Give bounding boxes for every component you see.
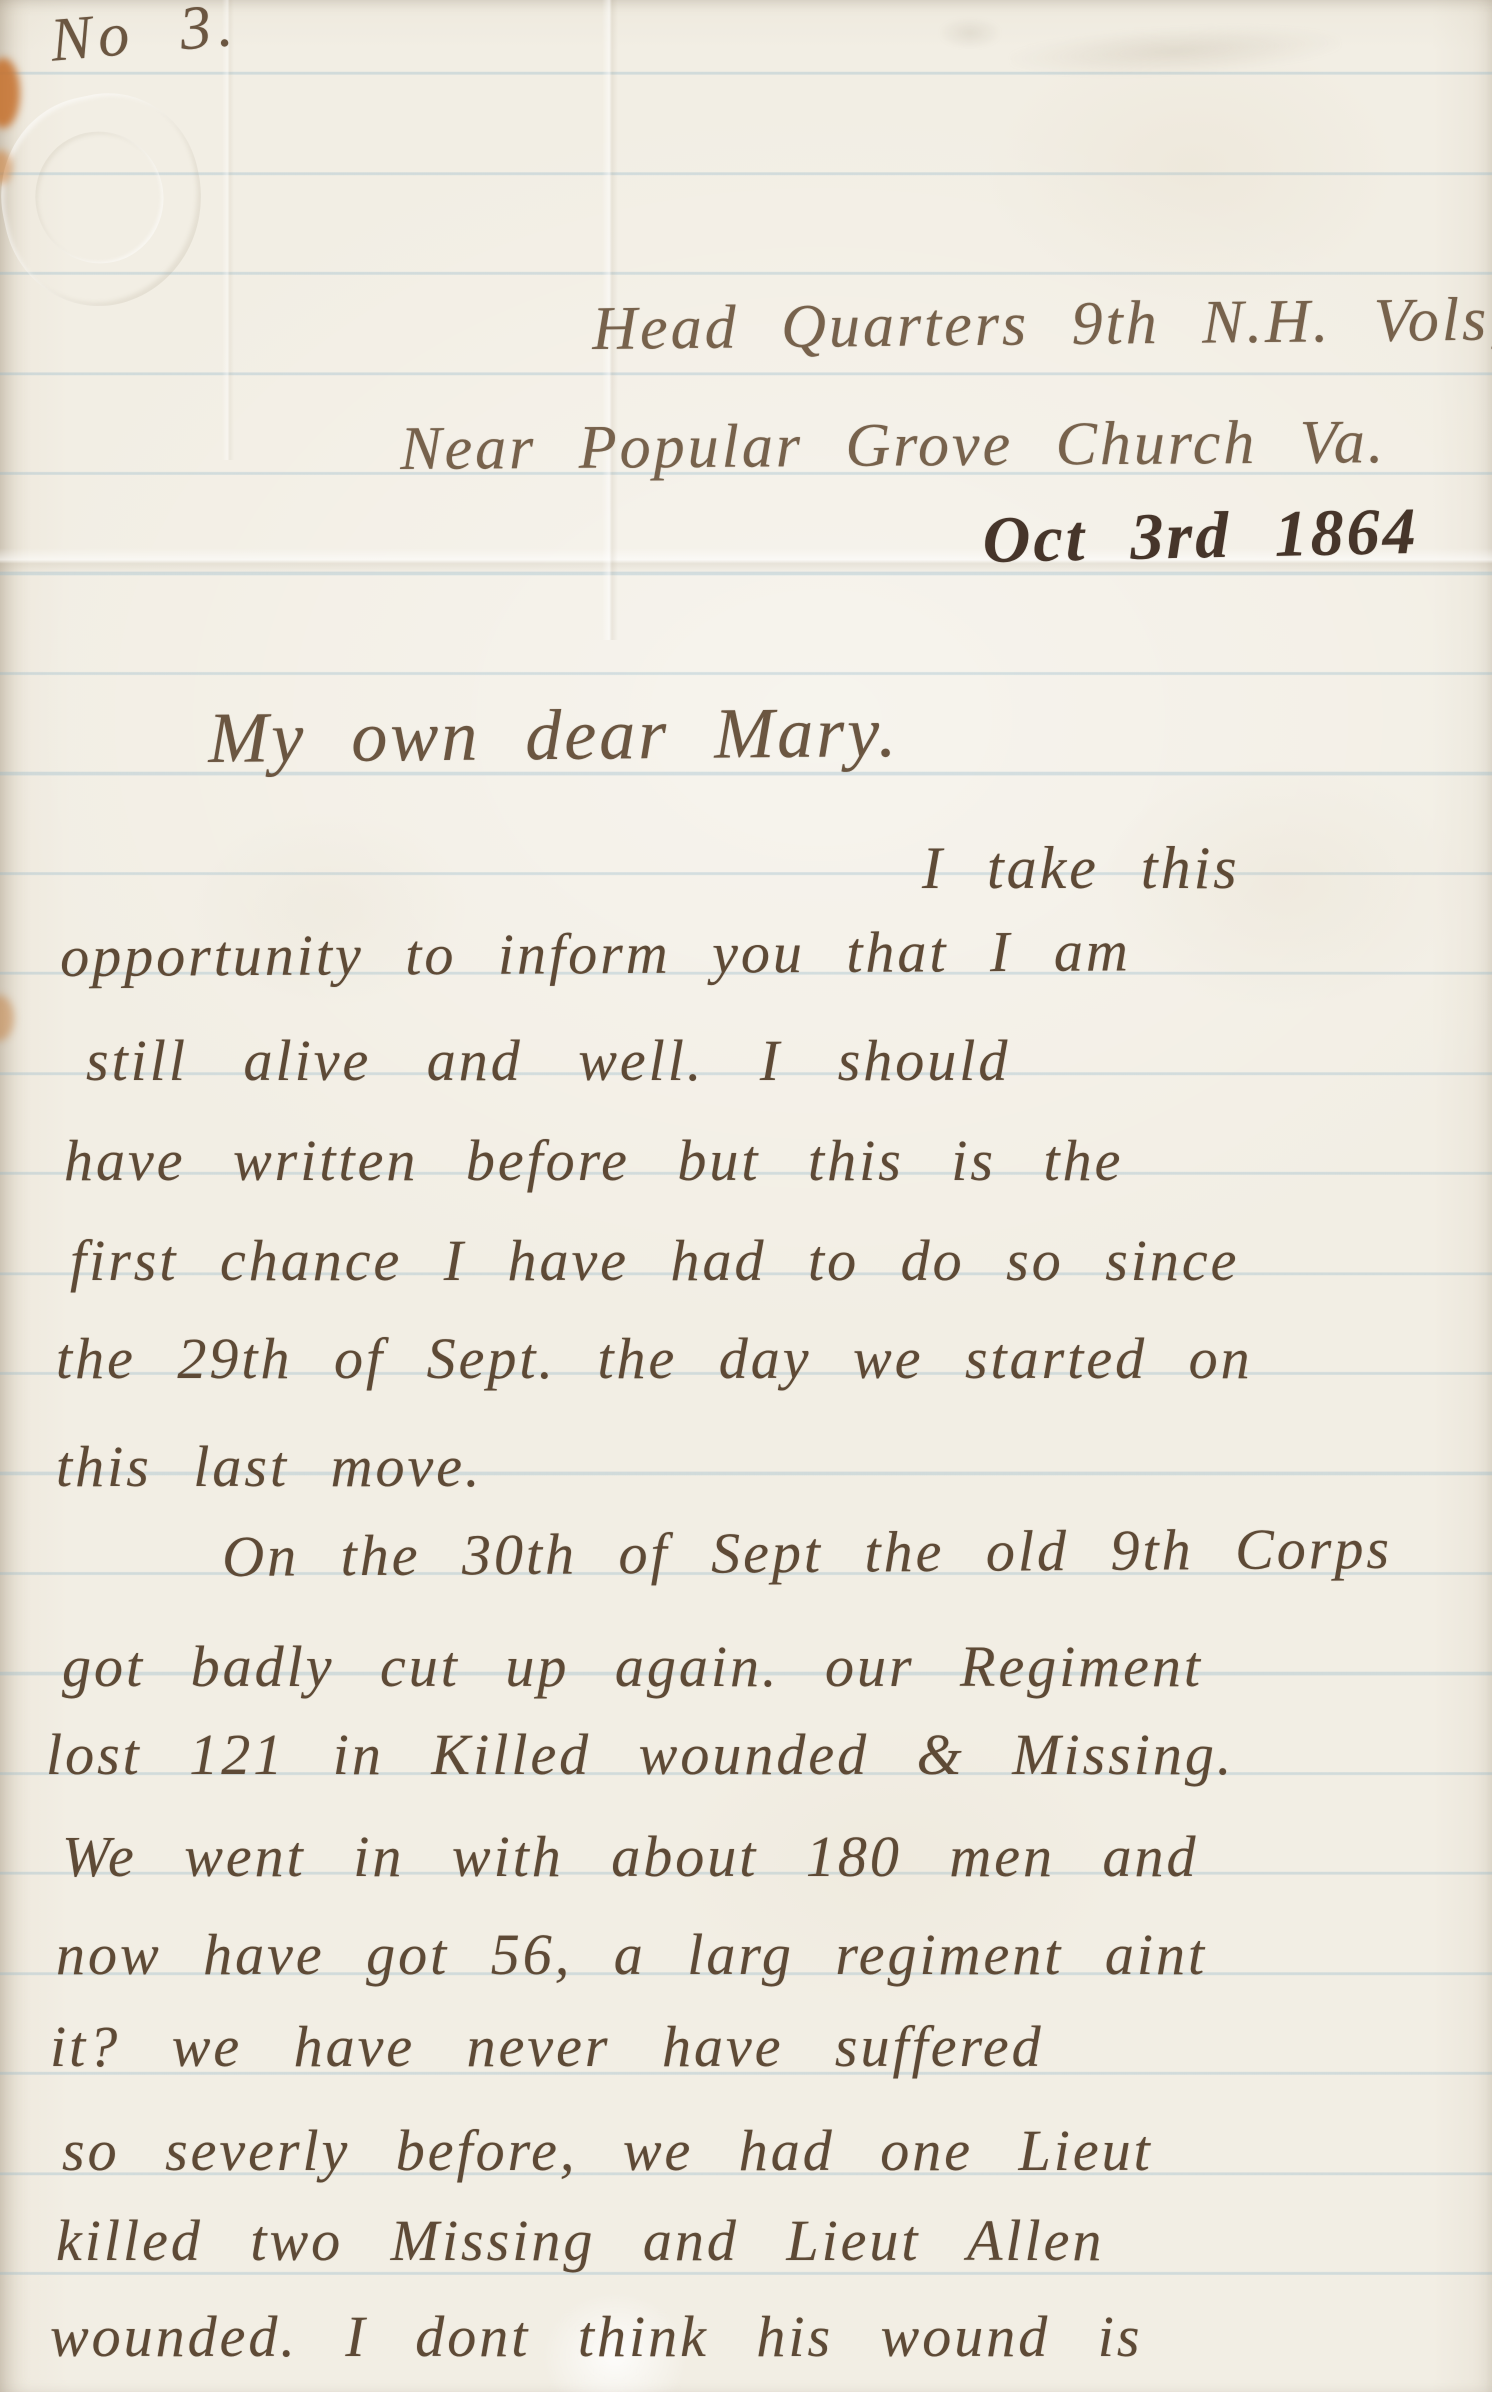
letter-line: opportunity to inform you that I am [60,922,1131,986]
heading-date: Oct 3rd 1864 [982,499,1419,574]
letter-line: now have got 56, a larg regiment aint [56,1926,1207,1984]
scanned-letter-page: No 3. Head Quarters 9th N.H. Vols, Near … [0,0,1492,2392]
letter-line: On the 30th of Sept the old 9th Corps [222,1520,1392,1586]
letter-line: got badly cut up again. our Regiment [62,1638,1203,1696]
edge-stain [0,58,20,128]
letter-line: We went in with about 180 men and [62,1828,1199,1886]
heading-location: Near Popular Grove Church Va. [400,411,1386,480]
salutation: My own dear Mary. [208,696,900,774]
letter-line: lost 121 in Killed wounded & Missing. [46,1726,1234,1784]
page-number: No 3. [48,0,241,72]
letter-line: wounded. I dont think his wound is [50,2308,1142,2366]
edge-stain [0,995,14,1041]
letter-line: the 29th of Sept. the day we started on [56,1330,1253,1388]
faint-pencil-marks [1009,19,1341,82]
letter-line: it? we have never have suffered [50,2018,1044,2076]
embossed-seal-inner-ring [23,120,176,276]
letter-line: I take this [922,838,1240,898]
heading-headquarters: Head Quarters 9th N.H. Vols, [592,288,1492,360]
letter-line: first chance I have had to do so since [70,1232,1239,1290]
letter-line: killed two Missing and Lieut Allen [56,2212,1104,2270]
embossed-stationery-seal [0,77,222,324]
vertical-fold-crease-2 [222,0,234,460]
letter-line: so severly before, we had one Lieut [62,2122,1153,2180]
faint-pencil-marks [940,18,1000,48]
letter-line: still alive and well. I should [86,1032,1010,1090]
letter-line: this last move. [56,1438,482,1496]
letter-line: have written before but this is the [64,1132,1123,1190]
